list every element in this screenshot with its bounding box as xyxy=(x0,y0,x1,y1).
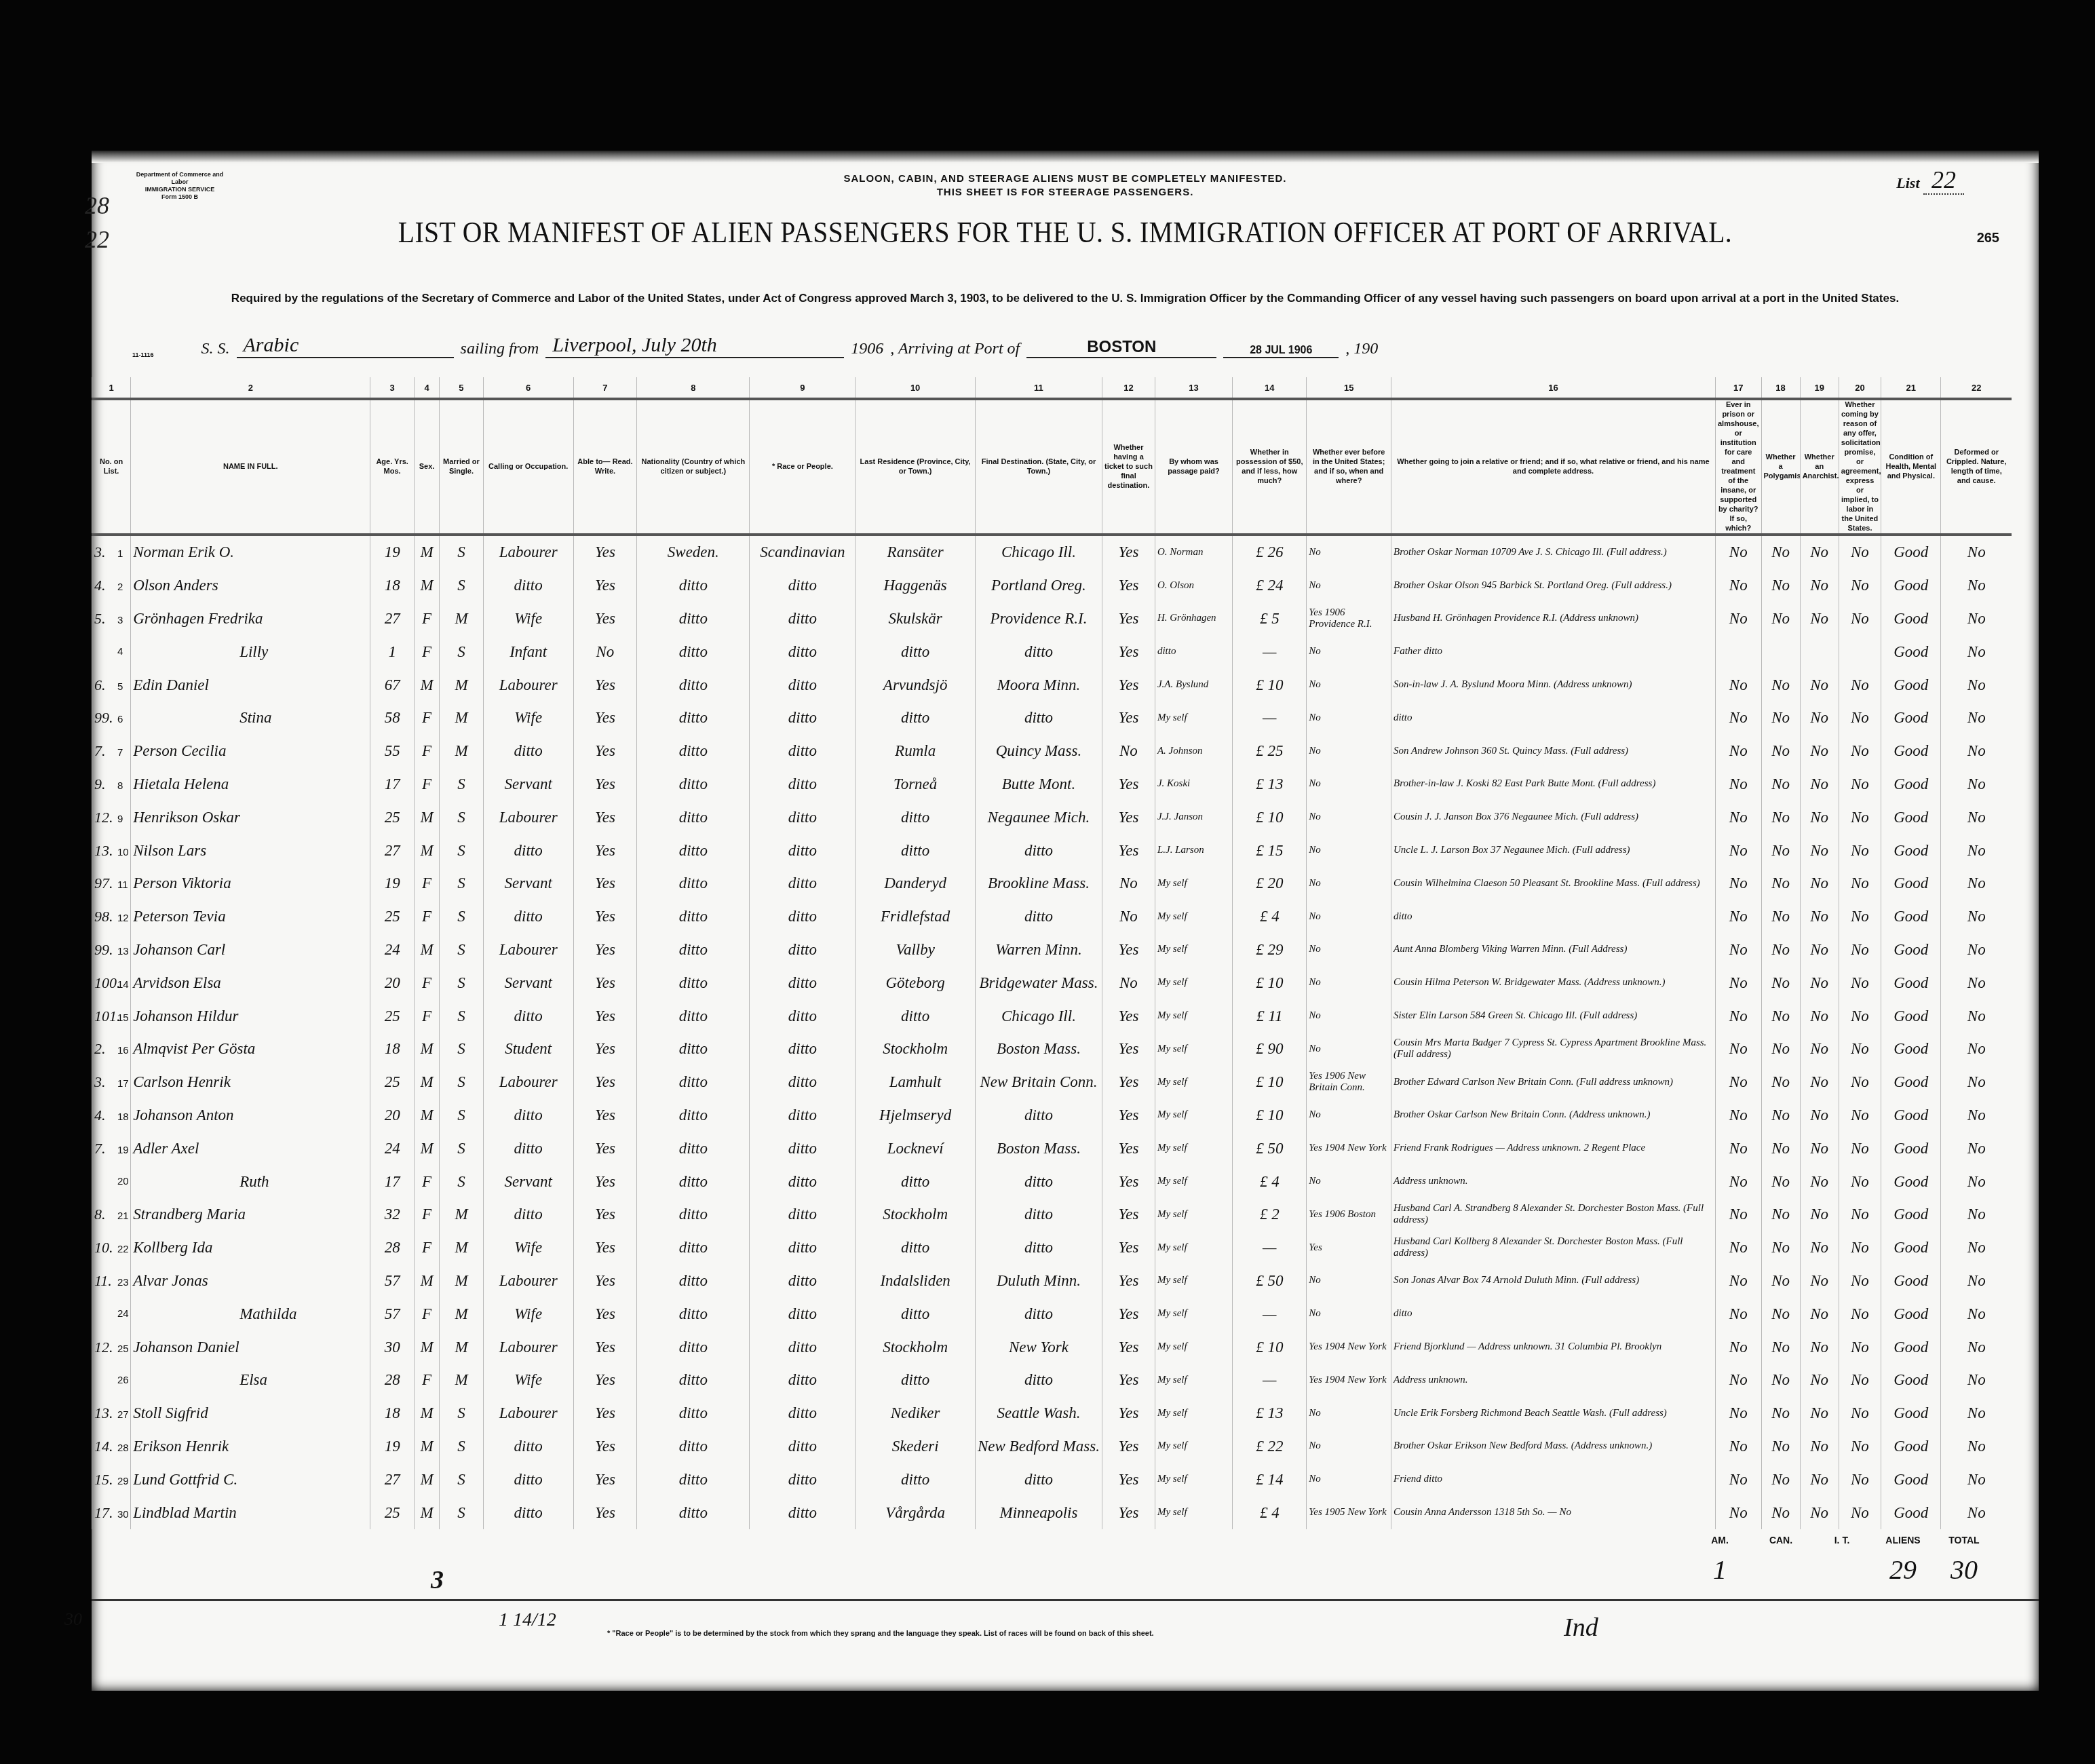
column-number-2: 2 xyxy=(131,377,370,399)
read-write-cell: Yes xyxy=(573,735,637,768)
final-destination-cell: Warren Minn. xyxy=(975,934,1102,967)
sex-cell: M xyxy=(414,1430,439,1463)
money-cell: £ 90 xyxy=(1233,1033,1307,1066)
read-write-cell: Yes xyxy=(573,535,637,569)
form-code: 11-1116 xyxy=(132,351,154,358)
race-cell: ditto xyxy=(750,834,856,867)
nationality-cell: ditto xyxy=(637,1033,750,1066)
prison-almshouse-cell: No xyxy=(1715,934,1761,967)
sex-cell: M xyxy=(414,1463,439,1496)
race-cell: ditto xyxy=(750,735,856,768)
list-number: 20 xyxy=(117,1176,129,1187)
nationality-cell: ditto xyxy=(637,1496,750,1529)
read-write-cell: Yes xyxy=(573,934,637,967)
passage-paid-by-cell: My self xyxy=(1155,999,1232,1033)
passenger-name-cell: Peterson Tevia xyxy=(131,900,370,934)
joining-relative-cell: Uncle L. J. Larson Box 37 Negaunee Mich.… xyxy=(1391,834,1715,867)
passage-paid-by-cell: My self xyxy=(1155,900,1232,934)
last-residence-cell: ditto xyxy=(856,1165,976,1198)
column-header-4: Sex. xyxy=(414,399,439,535)
column-header-12: Whether having a ticket to such final de… xyxy=(1102,399,1155,535)
passenger-name-cell: Adler Axel xyxy=(131,1132,370,1165)
manifest-notice: SALOON, CABIN, AND STEERAGE ALIENS MUST … xyxy=(92,172,2039,199)
joining-relative-cell: Husband Carl A. Strandberg 8 Alexander S… xyxy=(1391,1198,1715,1231)
money-cell: £ 15 xyxy=(1233,834,1307,867)
page-title: LIST OR MANIFEST OF ALIEN PASSENGERS FOR… xyxy=(189,215,1942,250)
passenger-name-cell: Erikson Henrik xyxy=(131,1430,370,1463)
sex-cell: F xyxy=(414,1198,439,1231)
passenger-name-cell: Johanson Hildur xyxy=(131,999,370,1033)
has-ticket-cell: Yes xyxy=(1102,834,1155,867)
occupation-cell: ditto xyxy=(483,1463,573,1496)
age-cell: 57 xyxy=(370,1265,414,1298)
row-number-cell: 101.15 xyxy=(92,999,131,1033)
final-destination-cell: ditto xyxy=(975,702,1102,735)
age-cell: 30 xyxy=(370,1330,414,1364)
nationality-cell: ditto xyxy=(637,867,750,900)
anarchist-cell: No xyxy=(1800,1463,1839,1496)
health-condition-cell: Good xyxy=(1881,702,1941,735)
deformed-crippled-cell: No xyxy=(1941,1231,2012,1265)
marital-status-cell: M xyxy=(440,1265,483,1298)
prison-almshouse-cell: No xyxy=(1715,1364,1761,1397)
row-prefix-number: 2. xyxy=(94,1040,117,1058)
polygamist-cell: No xyxy=(1761,668,1800,702)
nationality-cell: ditto xyxy=(637,668,750,702)
column-number-9: 9 xyxy=(750,377,856,399)
has-ticket-cell: Yes xyxy=(1102,801,1155,834)
sex-cell: M xyxy=(414,801,439,834)
joining-relative-cell: Cousin Hilma Peterson W. Bridgewater Mas… xyxy=(1391,966,1715,999)
passage-paid-by-cell: My self xyxy=(1155,1265,1232,1298)
labor-contract-cell: No xyxy=(1839,1397,1881,1430)
marital-status-cell: M xyxy=(440,668,483,702)
health-condition-cell: Good xyxy=(1881,1066,1941,1099)
has-ticket-cell: Yes xyxy=(1102,1330,1155,1364)
money-cell: £ 13 xyxy=(1233,768,1307,801)
race-cell: ditto xyxy=(750,1033,856,1066)
health-condition-cell: Good xyxy=(1881,934,1941,967)
list-number: 8 xyxy=(117,780,123,792)
marital-status-cell: S xyxy=(440,1132,483,1165)
inspector-initials: Ind xyxy=(1564,1613,1598,1643)
joining-relative-cell: Address unknown. xyxy=(1391,1364,1715,1397)
money-cell: £ 29 xyxy=(1233,934,1307,967)
occupation-cell: Servant xyxy=(483,768,573,801)
race-cell: ditto xyxy=(750,1297,856,1330)
occupation-cell: Wife xyxy=(483,1297,573,1330)
row-number-cell: 20 xyxy=(92,1165,131,1198)
column-header-21: Condition of Health, Mental and Physical… xyxy=(1881,399,1941,535)
has-ticket-cell: Yes xyxy=(1102,535,1155,569)
nationality-cell: ditto xyxy=(637,999,750,1033)
read-write-cell: Yes xyxy=(573,1496,637,1529)
previously-in-us-cell: Yes 1906 New Britain Conn. xyxy=(1307,1066,1391,1099)
column-header-3: Age. Yrs. Mos. xyxy=(370,399,414,535)
read-write-cell: Yes xyxy=(573,801,637,834)
labor-contract-cell: No xyxy=(1839,1033,1881,1066)
table-row: 8.21Strandberg Maria32FMdittoYesdittodit… xyxy=(92,1198,2012,1231)
row-number-cell: 13.27 xyxy=(92,1397,131,1430)
previously-in-us-cell: No xyxy=(1307,966,1391,999)
passenger-name-cell: Strandberg Maria xyxy=(131,1198,370,1231)
nationality-cell: ditto xyxy=(637,1297,750,1330)
labor-contract-cell: No xyxy=(1839,801,1881,834)
deformed-crippled-cell: No xyxy=(1941,1132,2012,1165)
table-row: 3.1Norman Erik O.19MSLabourerYesSweden.S… xyxy=(92,535,2012,569)
arriving-label: , Arriving at Port of xyxy=(890,340,1020,358)
row-number-cell: 17.30 xyxy=(92,1496,131,1529)
labor-contract-cell: No xyxy=(1839,1165,1881,1198)
final-destination-cell: Minneapolis xyxy=(975,1496,1102,1529)
row-prefix-number: 7. xyxy=(94,742,117,760)
age-cell: 17 xyxy=(370,1165,414,1198)
polygamist-cell: No xyxy=(1761,569,1800,602)
deformed-crippled-cell: No xyxy=(1941,1364,2012,1397)
marital-status-cell: S xyxy=(440,801,483,834)
money-cell: £ 10 xyxy=(1233,801,1307,834)
labor-contract-cell: No xyxy=(1839,735,1881,768)
passage-paid-by-cell: My self xyxy=(1155,1132,1232,1165)
final-destination-cell: Bridgewater Mass. xyxy=(975,966,1102,999)
age-cell: 19 xyxy=(370,1430,414,1463)
deformed-crippled-cell: No xyxy=(1941,1099,2012,1132)
money-cell: — xyxy=(1233,1231,1307,1265)
has-ticket-cell: Yes xyxy=(1102,668,1155,702)
has-ticket-cell: Yes xyxy=(1102,1496,1155,1529)
sex-cell: M xyxy=(414,1132,439,1165)
marital-status-cell: M xyxy=(440,1297,483,1330)
deformed-crippled-cell: No xyxy=(1941,1430,2012,1463)
money-cell: £ 20 xyxy=(1233,867,1307,900)
joining-relative-cell: Cousin J. J. Janson Box 376 Negaunee Mic… xyxy=(1391,801,1715,834)
race-cell: ditto xyxy=(750,999,856,1033)
polygamist-cell: No xyxy=(1761,999,1800,1033)
polygamist-cell: No xyxy=(1761,1297,1800,1330)
row-prefix-number: 99. xyxy=(94,941,117,959)
list-number: 11 xyxy=(117,879,128,891)
row-prefix-number: 99. xyxy=(94,709,117,727)
marital-status-cell: S xyxy=(440,834,483,867)
money-cell: £ 26 xyxy=(1233,535,1307,569)
column-number-5: 5 xyxy=(440,377,483,399)
sex-cell: F xyxy=(414,999,439,1033)
table-row: 6.5Edin Daniel67MMLabourerYesdittodittoA… xyxy=(92,668,2012,702)
read-write-cell: Yes xyxy=(573,1066,637,1099)
last-residence-cell: ditto xyxy=(856,1463,976,1496)
previously-in-us-cell: No xyxy=(1307,1099,1391,1132)
passage-paid-by-cell: My self xyxy=(1155,1463,1232,1496)
list-number: 12 xyxy=(117,913,129,924)
joining-relative-cell: Brother Oskar Carlson New Britain Conn. … xyxy=(1391,1099,1715,1132)
column-header-2: NAME IN FULL. xyxy=(131,399,370,535)
margin-note-top: 28 xyxy=(85,191,109,220)
total-label-it: I. T. xyxy=(1811,1535,1872,1546)
prison-almshouse-cell: No xyxy=(1715,1463,1761,1496)
read-write-cell: Yes xyxy=(573,569,637,602)
race-cell: ditto xyxy=(750,867,856,900)
has-ticket-cell: Yes xyxy=(1102,768,1155,801)
final-destination-cell: Providence R.I. xyxy=(975,602,1102,636)
previously-in-us-cell: Yes 1904 New York xyxy=(1307,1132,1391,1165)
health-condition-cell: Good xyxy=(1881,966,1941,999)
row-number-cell: 98.12 xyxy=(92,900,131,934)
table-row: 4.18Johanson Anton20MSdittoYesdittoditto… xyxy=(92,1099,2012,1132)
joining-relative-cell: Uncle Erik Forsberg Richmond Beach Seatt… xyxy=(1391,1397,1715,1430)
marital-status-cell: M xyxy=(440,1330,483,1364)
last-residence-cell: Arvundsjö xyxy=(856,668,976,702)
joining-relative-cell: Brother Oskar Norman 10709 Ave J. S. Chi… xyxy=(1391,535,1715,569)
labor-contract-cell: No xyxy=(1839,1364,1881,1397)
sex-cell: M xyxy=(414,934,439,967)
health-condition-cell: Good xyxy=(1881,1496,1941,1529)
joining-relative-cell: Address unknown. xyxy=(1391,1165,1715,1198)
row-number-cell: 14.28 xyxy=(92,1430,131,1463)
previously-in-us-cell: No xyxy=(1307,1033,1391,1066)
money-cell: £ 13 xyxy=(1233,1397,1307,1430)
race-cell: ditto xyxy=(750,1132,856,1165)
health-condition-cell: Good xyxy=(1881,1430,1941,1463)
labor-contract-cell: No xyxy=(1839,668,1881,702)
prison-almshouse-cell: No xyxy=(1715,867,1761,900)
labor-contract-cell: No xyxy=(1839,1463,1881,1496)
occupation-cell: Wife xyxy=(483,702,573,735)
sex-cell: M xyxy=(414,668,439,702)
nationality-cell: ditto xyxy=(637,768,750,801)
column-number-10: 10 xyxy=(856,377,976,399)
column-number-4: 4 xyxy=(414,377,439,399)
nationality-cell: ditto xyxy=(637,934,750,967)
last-residence-cell: Indalsliden xyxy=(856,1265,976,1298)
passage-paid-by-cell: My self xyxy=(1155,1430,1232,1463)
deformed-crippled-cell: No xyxy=(1941,1397,2012,1430)
joining-relative-cell: Son-in-law J. A. Byslund Moora Minn. (Ad… xyxy=(1391,668,1715,702)
deformed-crippled-cell: No xyxy=(1941,635,2012,668)
read-write-cell: Yes xyxy=(573,768,637,801)
marital-status-cell: M xyxy=(440,1198,483,1231)
polygamist-cell: No xyxy=(1761,1430,1800,1463)
column-header-16: Whether going to join a relative or frie… xyxy=(1391,399,1715,535)
occupation-cell: ditto xyxy=(483,1099,573,1132)
nationality-cell: ditto xyxy=(637,966,750,999)
passenger-rows: 3.1Norman Erik O.19MSLabourerYesSweden.S… xyxy=(92,535,2012,1529)
previously-in-us-cell: No xyxy=(1307,768,1391,801)
sex-cell: M xyxy=(414,1066,439,1099)
money-cell: £ 4 xyxy=(1233,1165,1307,1198)
anarchist-cell: No xyxy=(1800,1297,1839,1330)
occupation-cell: Labourer xyxy=(483,1265,573,1298)
joining-relative-cell: ditto xyxy=(1391,702,1715,735)
final-destination-cell: ditto xyxy=(975,1231,1102,1265)
polygamist-cell: No xyxy=(1761,1099,1800,1132)
sex-cell: F xyxy=(414,1231,439,1265)
list-number: 6 xyxy=(117,714,123,725)
polygamist-cell: No xyxy=(1761,801,1800,834)
column-number-14: 14 xyxy=(1233,377,1307,399)
final-destination-cell: Chicago Ill. xyxy=(975,535,1102,569)
anarchist-cell: No xyxy=(1800,668,1839,702)
previously-in-us-cell: Yes 1905 New York xyxy=(1307,1496,1391,1529)
occupation-cell: Labourer xyxy=(483,1397,573,1430)
last-residence-cell: ditto xyxy=(856,999,976,1033)
marital-status-cell: M xyxy=(440,702,483,735)
anarchist-cell: No xyxy=(1800,1198,1839,1231)
row-prefix-number: 12. xyxy=(94,1339,117,1356)
list-number: 26 xyxy=(117,1375,129,1386)
money-cell: £ 10 xyxy=(1233,668,1307,702)
prison-almshouse-cell: No xyxy=(1715,1033,1761,1066)
race-cell: ditto xyxy=(750,1066,856,1099)
final-destination-cell: Brookline Mass. xyxy=(975,867,1102,900)
nationality-cell: ditto xyxy=(637,1265,750,1298)
joining-relative-cell: Brother Oskar Olson 945 Barbick St. Port… xyxy=(1391,569,1715,602)
joining-relative-cell: Husband Carl Kollberg 8 Alexander St. Do… xyxy=(1391,1231,1715,1265)
has-ticket-cell: Yes xyxy=(1102,1099,1155,1132)
passenger-name-cell: Stina xyxy=(131,702,370,735)
row-number-cell: 4.2 xyxy=(92,569,131,602)
column-header-19: Whether an Anarchist. xyxy=(1800,399,1839,535)
joining-relative-cell: Cousin Wilhelmina Claeson 50 Pleasant St… xyxy=(1391,867,1715,900)
final-destination-cell: ditto xyxy=(975,1198,1102,1231)
occupation-cell: ditto xyxy=(483,1430,573,1463)
sex-cell: M xyxy=(414,1330,439,1364)
previously-in-us-cell: No xyxy=(1307,635,1391,668)
prison-almshouse-cell: No xyxy=(1715,801,1761,834)
race-cell: ditto xyxy=(750,1099,856,1132)
previously-in-us-cell: No xyxy=(1307,702,1391,735)
deformed-crippled-cell: No xyxy=(1941,668,2012,702)
labor-contract-cell: No xyxy=(1839,1430,1881,1463)
marital-status-cell: S xyxy=(440,535,483,569)
health-condition-cell: Good xyxy=(1881,1297,1941,1330)
polygamist-cell: No xyxy=(1761,900,1800,934)
labor-contract-cell: No xyxy=(1839,1330,1881,1364)
previously-in-us-cell: No xyxy=(1307,999,1391,1033)
passage-paid-by-cell: A. Johnson xyxy=(1155,735,1232,768)
health-condition-cell: Good xyxy=(1881,569,1941,602)
final-destination-cell: Boston Mass. xyxy=(975,1033,1102,1066)
prison-almshouse-cell: No xyxy=(1715,668,1761,702)
table-row: 26Elsa28FMWifeYesdittodittodittodittoYes… xyxy=(92,1364,2012,1397)
row-number-cell: 10.22 xyxy=(92,1231,131,1265)
health-condition-cell: Good xyxy=(1881,535,1941,569)
sex-cell: M xyxy=(414,1397,439,1430)
marital-status-cell: S xyxy=(440,1033,483,1066)
polygamist-cell: No xyxy=(1761,1496,1800,1529)
passage-paid-by-cell: My self xyxy=(1155,1330,1232,1364)
deformed-crippled-cell: No xyxy=(1941,1198,2012,1231)
previously-in-us-cell: No xyxy=(1307,1397,1391,1430)
age-cell: 17 xyxy=(370,768,414,801)
labor-contract-cell: No xyxy=(1839,535,1881,569)
health-condition-cell: Good xyxy=(1881,1330,1941,1364)
prison-almshouse-cell: No xyxy=(1715,900,1761,934)
prison-almshouse-cell: No xyxy=(1715,535,1761,569)
read-write-cell: Yes xyxy=(573,834,637,867)
race-cell: ditto xyxy=(750,768,856,801)
column-header-14: Whether in possession of $50, and if les… xyxy=(1233,399,1307,535)
prison-almshouse-cell: No xyxy=(1715,1496,1761,1529)
prison-almshouse-cell: No xyxy=(1715,602,1761,636)
sex-cell: M xyxy=(414,1099,439,1132)
table-row: 7.19Adler Axel24MSdittoYesdittodittoLock… xyxy=(92,1132,2012,1165)
previously-in-us-cell: No xyxy=(1307,1297,1391,1330)
list-number: 18 xyxy=(117,1111,129,1123)
money-cell: — xyxy=(1233,1364,1307,1397)
row-number-cell: 4 xyxy=(92,635,131,668)
occupation-cell: Labourer xyxy=(483,535,573,569)
has-ticket-cell: No xyxy=(1102,900,1155,934)
final-destination-cell: ditto xyxy=(975,900,1102,934)
nationality-cell: ditto xyxy=(637,1430,750,1463)
labor-contract-cell: No xyxy=(1839,1198,1881,1231)
row-number-cell: 15.29 xyxy=(92,1463,131,1496)
deformed-crippled-cell: No xyxy=(1941,768,2012,801)
deformed-crippled-cell: No xyxy=(1941,1297,2012,1330)
passenger-name-cell: Lilly xyxy=(131,635,370,668)
sex-cell: F xyxy=(414,635,439,668)
row-number-cell: 7.19 xyxy=(92,1132,131,1165)
nationality-cell: ditto xyxy=(637,1165,750,1198)
race-cell: ditto xyxy=(750,1231,856,1265)
age-cell: 27 xyxy=(370,602,414,636)
row-prefix-number: 3. xyxy=(94,1073,117,1091)
voyage-line: 11-1116 S. S. Arabic sailing from Liverp… xyxy=(132,331,1998,358)
passage-paid-by-cell: My self xyxy=(1155,1165,1232,1198)
deformed-crippled-cell: No xyxy=(1941,1330,2012,1364)
health-condition-cell: Good xyxy=(1881,1198,1941,1231)
age-cell: 57 xyxy=(370,1297,414,1330)
row-number-cell: 7.7 xyxy=(92,735,131,768)
marital-status-cell: S xyxy=(440,966,483,999)
passage-paid-by-cell: H. Grönhagen xyxy=(1155,602,1232,636)
anarchist-cell: No xyxy=(1800,1231,1839,1265)
anarchist-cell: No xyxy=(1800,1066,1839,1099)
column-header-20: Whether coming by reason of any offer, s… xyxy=(1839,399,1881,535)
list-number: 2 xyxy=(117,581,123,593)
has-ticket-cell: Yes xyxy=(1102,1033,1155,1066)
deformed-crippled-cell: No xyxy=(1941,966,2012,999)
passenger-name-cell: Arvidson Elsa xyxy=(131,966,370,999)
row-number-cell: 6.5 xyxy=(92,668,131,702)
nationality-cell: ditto xyxy=(637,1066,750,1099)
table-row: 101.15Johanson Hildur25FSdittoYesdittodi… xyxy=(92,999,2012,1033)
last-residence-cell: Hjelmseryd xyxy=(856,1099,976,1132)
row-prefix-number: 15. xyxy=(94,1471,117,1489)
table-row: 24Mathilda57FMWifeYesdittodittodittoditt… xyxy=(92,1297,2012,1330)
read-write-cell: Yes xyxy=(573,702,637,735)
final-destination-cell: ditto xyxy=(975,1297,1102,1330)
anarchist-cell: No xyxy=(1800,934,1839,967)
total-value-total: 30 xyxy=(1934,1554,1995,1586)
polygamist-cell: No xyxy=(1761,1364,1800,1397)
column-header-15: Whether ever before in the United States… xyxy=(1307,399,1391,535)
regulation-text: Required by the regulations of the Secre… xyxy=(146,290,1984,307)
previously-in-us-cell: No xyxy=(1307,900,1391,934)
has-ticket-cell: No xyxy=(1102,966,1155,999)
nationality-cell: ditto xyxy=(637,801,750,834)
health-condition-cell: Good xyxy=(1881,602,1941,636)
has-ticket-cell: Yes xyxy=(1102,1198,1155,1231)
row-prefix-number: 6. xyxy=(94,676,117,694)
last-residence-cell: Ransäter xyxy=(856,535,976,569)
total-label-aliens: ALIENS xyxy=(1872,1535,1934,1546)
column-header-10: Last Residence (Province, City, or Town.… xyxy=(856,399,976,535)
row-prefix-number: 8. xyxy=(94,1206,117,1223)
marital-status-cell: S xyxy=(440,1496,483,1529)
list-number: 1 xyxy=(117,548,123,560)
row-number-cell: 100.14 xyxy=(92,966,131,999)
